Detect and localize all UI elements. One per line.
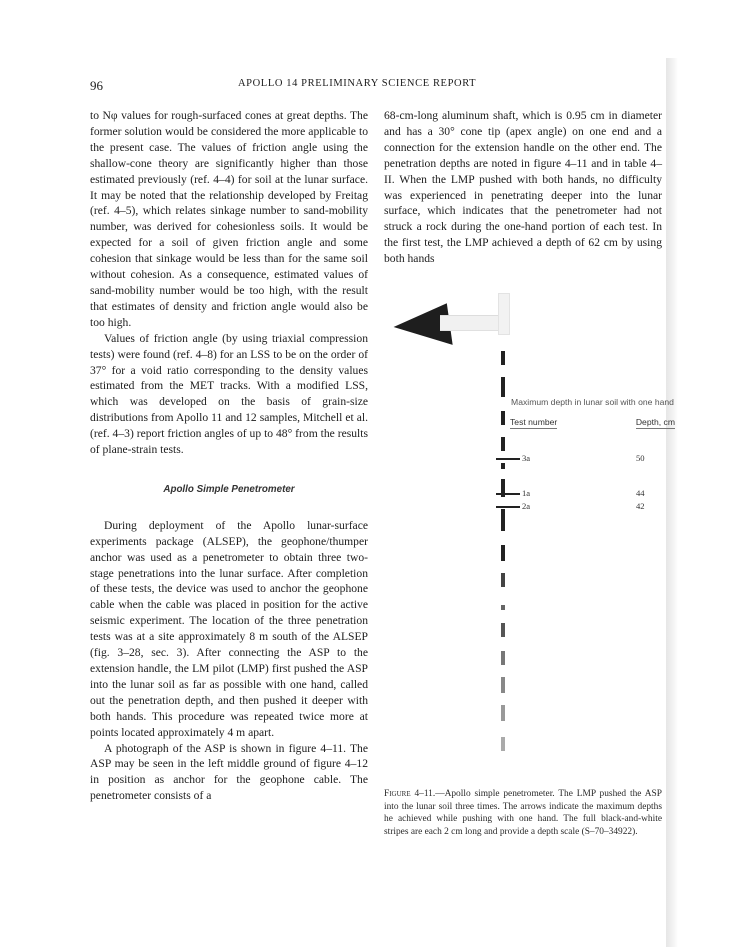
- paragraph: During deployment of the Apollo lunar-su…: [90, 518, 368, 741]
- arrow-icon: [496, 458, 520, 460]
- extension-handle: [440, 315, 506, 331]
- arrow-icon: [496, 493, 520, 495]
- col-depth: Depth, cm: [636, 417, 675, 429]
- inset-table-header: Test number Depth, cm: [510, 417, 675, 429]
- inset-title: Maximum depth in lunar soil with one han…: [510, 397, 675, 408]
- paragraph: to Nφ values for rough-surfaced cones at…: [90, 108, 368, 331]
- left-column: to Nφ values for rough-surfaced cones at…: [90, 108, 368, 804]
- depth-inset: Maximum depth in lunar soil with one han…: [510, 397, 675, 429]
- col-test-number: Test number: [510, 417, 557, 429]
- handle-connector: [498, 293, 510, 335]
- penetrometer-shaft: [501, 333, 507, 753]
- section-heading: Apollo Simple Penetrometer: [90, 482, 368, 498]
- figure-penetrometer-photo: Maximum depth in lunar soil with one han…: [380, 285, 680, 775]
- figure-label: Figure 4–11.: [384, 789, 435, 799]
- paragraph: Values of friction angle (by using triax…: [90, 331, 368, 458]
- arrow-icon: [496, 506, 520, 508]
- right-column: 68-cm-long aluminum shaft, which is 0.95…: [384, 108, 662, 267]
- figure-caption: Figure 4–11.—Apollo simple penetrometer.…: [384, 788, 662, 838]
- page-number: 96: [90, 78, 103, 94]
- running-head: APOLLO 14 PRELIMINARY SCIENCE REPORT: [238, 78, 476, 89]
- paragraph: 68-cm-long aluminum shaft, which is 0.95…: [384, 108, 662, 267]
- paragraph: A photograph of the ASP is shown in figu…: [90, 741, 368, 805]
